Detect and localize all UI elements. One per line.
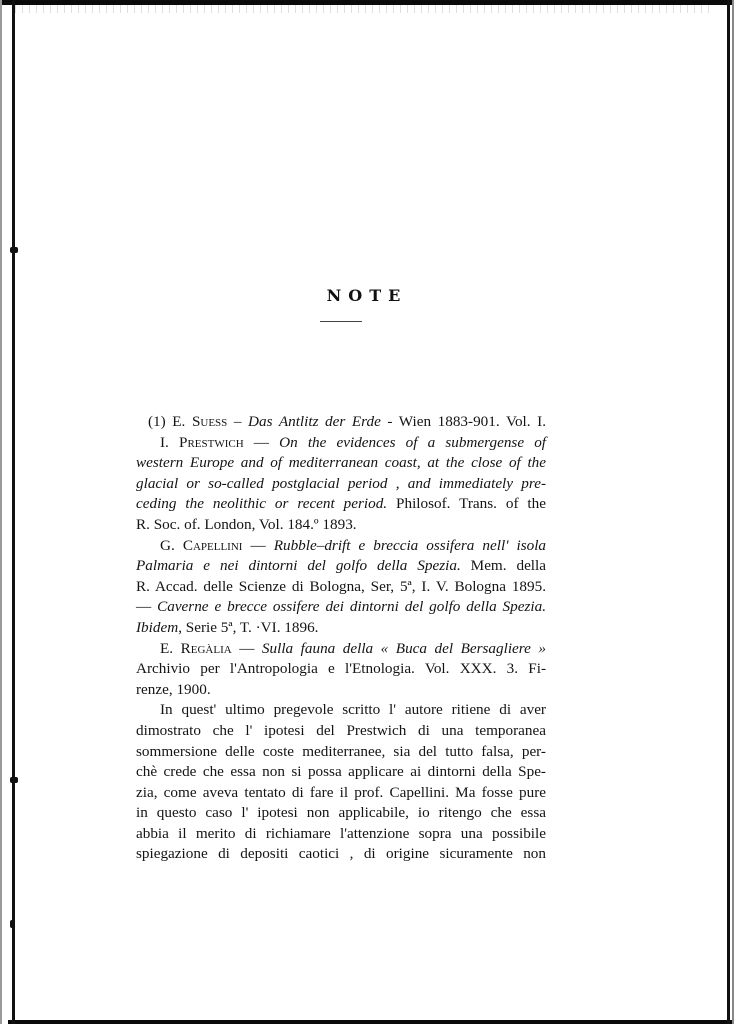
- author-name: Capellini: [183, 537, 243, 554]
- scan-noise: [15, 5, 715, 13]
- page-heading: NOTE: [0, 286, 734, 305]
- scan-edge-left: [0, 0, 2, 1024]
- scan-border-left: [12, 0, 15, 1024]
- work-title: On the evidences of a submergense of: [279, 434, 546, 451]
- work-title: Sulla fauna della « Buca del Bersagliere…: [262, 640, 546, 657]
- binding-mark: [10, 247, 18, 253]
- reference-capellini: G. Capellini — Rubble–drift e breccia os…: [136, 536, 546, 639]
- scan-border-bottom: [8, 1020, 734, 1024]
- author-name: Suess: [192, 413, 227, 430]
- reference-regalia: E. Regàlia — Sulla fauna della « Buca de…: [136, 639, 546, 701]
- binding-mark: [10, 920, 15, 928]
- author-name: Regàlia: [181, 640, 232, 657]
- notes-body: (1) E. Suess – Das Antlitz der Erde - Wi…: [136, 412, 546, 865]
- reference-prestwich: I. Prestwich — On the evidences of a sub…: [136, 433, 546, 536]
- author-name: Prestwich: [179, 434, 244, 451]
- work-title: Das Antlitz der Erde: [248, 413, 381, 430]
- work-title: Rubble–drift e breccia ossifera nell' is…: [274, 537, 546, 554]
- reference-suess: (1) E. Suess – Das Antlitz der Erde - Wi…: [136, 412, 546, 433]
- binding-mark: [10, 777, 18, 783]
- scan-border-right: [727, 0, 730, 1024]
- scanned-page: NOTE (1) E. Suess – Das Antlitz der Erde…: [0, 0, 734, 1024]
- heading-rule: [320, 321, 362, 322]
- commentary-paragraph: In quest' ultimo pregevole scritto l' au…: [136, 700, 546, 865]
